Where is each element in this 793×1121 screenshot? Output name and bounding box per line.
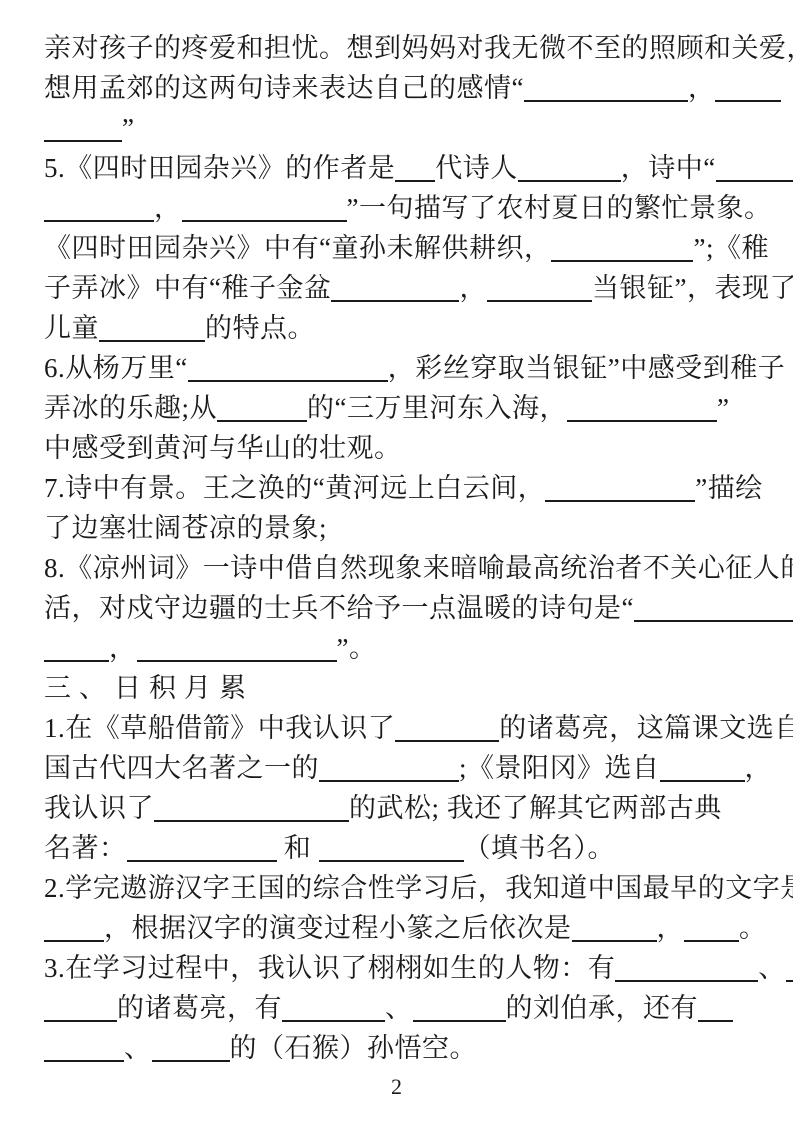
fill-in-blank — [545, 500, 695, 502]
text-run: ， — [688, 73, 716, 103]
text-run: ， — [745, 753, 773, 783]
fill-in-blank — [715, 100, 781, 102]
fill-in-blank — [413, 1020, 506, 1022]
text-run: 8.《凉州词》一诗中借自然现象来暗喻最高统治者不关心征人的生 — [44, 553, 793, 583]
text-run: ，根据汉字的演变过程小篆之后依次是 — [104, 913, 572, 943]
fill-in-blank — [99, 340, 205, 342]
worksheet-line: 6.从杨万里“，彩丝穿取当银钲”中感受到稚子 — [44, 348, 757, 388]
text-run: 当银钲”，表现了 — [592, 273, 793, 303]
text-run: 想用孟郊的这两句诗来表达自己的感情“ — [44, 73, 524, 103]
worksheet-line: 7.诗中有景。王之涣的“黄河远上白云间，”描绘 — [44, 468, 757, 508]
fill-in-blank — [660, 780, 745, 782]
text-run: ”;《稚 — [693, 233, 769, 263]
worksheet-line: 弄冰的乐趣;从的“三万里河东入海，” — [44, 388, 757, 428]
worksheet-line: 《四时田园杂兴》中有“童孙未解供耕织，”;《稚 — [44, 228, 757, 268]
text-run: 6.从杨万里“ — [44, 353, 188, 383]
fill-in-blank — [44, 940, 104, 942]
fill-in-blank — [518, 180, 621, 182]
fill-in-blank — [698, 1020, 733, 1022]
fill-in-blank — [44, 140, 122, 142]
text-run: 的诸葛亮，这篇课文选自中 — [499, 713, 793, 743]
fill-in-blank — [524, 100, 688, 102]
text-run: 的诸葛亮，有 — [117, 993, 282, 1023]
fill-in-blank — [319, 780, 459, 782]
text-run: ”一句描写了农村夏日的繁忙景象。 — [347, 193, 772, 223]
worksheet-line: 8.《凉州词》一诗中借自然现象来暗喻最高统治者不关心征人的生 — [44, 548, 757, 588]
fill-in-blank — [152, 1060, 230, 1062]
text-run: 的武松; 我还了解其它两部古典 — [349, 793, 722, 823]
worksheet-line: ，”。 — [44, 628, 757, 668]
text-run: 我认识了 — [44, 793, 154, 823]
text-run: 弄冰的乐趣;从 — [44, 393, 217, 423]
text-run: ， — [109, 633, 137, 663]
worksheet-line: ” — [44, 108, 757, 148]
worksheet-line: ，根据汉字的演变过程小篆之后依次是，。 — [44, 908, 757, 948]
worksheet-line: 国古代四大名著之一的;《景阳冈》选自， — [44, 748, 757, 788]
worksheet-line: 儿童的特点。 — [44, 308, 757, 348]
fill-in-blank — [182, 220, 347, 222]
text-run: 1.在《草船借箭》中我认识了 — [44, 713, 395, 743]
text-run: 、 — [385, 993, 413, 1023]
page-number: 2 — [0, 1074, 793, 1100]
text-run: 2.学完遨游汉字王国的综合性学习后，我知道中国最早的文字是 — [44, 873, 793, 903]
fill-in-blank — [572, 940, 657, 942]
fill-in-blank — [487, 300, 592, 302]
fill-in-blank — [716, 180, 793, 182]
worksheet-line: 2.学完遨游汉字王国的综合性学习后，我知道中国最早的文字是 — [44, 868, 757, 908]
worksheet-line: 我认识了的武松; 我还了解其它两部古典 — [44, 788, 757, 828]
worksheet-line: 3.在学习过程中，我认识了栩栩如生的人物：有、 — [44, 948, 757, 988]
fill-in-blank — [331, 300, 459, 302]
fill-in-blank — [217, 420, 307, 422]
text-run: 亲对孩子的疼爱和担忧。想到妈妈对我无微不至的照顾和关爱，我 — [44, 33, 793, 63]
text-run: 。 — [739, 913, 767, 943]
worksheet-line: 5.《四时田园杂兴》的作者是代诗人，诗中“ — [44, 148, 757, 188]
text-run: ，彩丝穿取当银钲”中感受到稚子 — [388, 353, 785, 383]
fill-in-blank — [395, 740, 499, 742]
text-run: 和 — [277, 833, 319, 863]
text-run: 中感受到黄河与华山的壮观。 — [44, 433, 402, 463]
text-run: 子弄冰》中有“稚子金盆 — [44, 273, 331, 303]
worksheet-line: 了边塞壮阔苍凉的景象; — [44, 508, 757, 548]
text-run: 、 — [124, 1033, 152, 1063]
text-run: 的“三万里河东入海， — [307, 393, 567, 423]
worksheet-line: ，”一句描写了农村夏日的繁忙景象。 — [44, 188, 757, 228]
fill-in-blank — [634, 620, 793, 622]
fill-in-blank — [684, 940, 739, 942]
worksheet-line: 活，对戍守边疆的士兵不给予一点温暖的诗句是“ — [44, 588, 757, 628]
fill-in-blank — [319, 860, 464, 862]
text-run: 了边塞壮阔苍凉的景象; — [44, 513, 327, 543]
text-run: ， — [657, 913, 685, 943]
worksheet-line: 名著： 和 （填书名）。 — [44, 828, 757, 868]
text-run: ，诗中“ — [621, 153, 716, 183]
text-run: 代诗人 — [435, 153, 518, 183]
text-run: ;《景阳冈》选自 — [459, 753, 660, 783]
text-run: ， — [154, 193, 182, 223]
text-run: ”描绘 — [695, 473, 762, 503]
text-run: ， — [459, 273, 487, 303]
text-run: 三、日积月累 — [44, 673, 254, 703]
worksheet-line: 的诸葛亮，有、的刘伯承，还有 — [44, 988, 757, 1028]
text-run: ” — [122, 113, 134, 143]
text-run: 的特点。 — [205, 313, 315, 343]
text-run: 的（石猴）孙悟空。 — [230, 1033, 478, 1063]
worksheet-body: 亲对孩子的疼爱和担忧。想到妈妈对我无微不至的照顾和关爱，我想用孟郊的这两句诗来表… — [44, 28, 757, 1068]
text-run: 儿童 — [44, 313, 99, 343]
fill-in-blank — [551, 260, 693, 262]
fill-in-blank — [44, 220, 154, 222]
fill-in-blank — [567, 420, 717, 422]
fill-in-blank — [188, 380, 388, 382]
worksheet-page: 亲对孩子的疼爱和担忧。想到妈妈对我无微不至的照顾和关爱，我想用孟郊的这两句诗来表… — [0, 0, 793, 1121]
text-run: 国古代四大名著之一的 — [44, 753, 319, 783]
fill-in-blank — [154, 820, 349, 822]
worksheet-line: 亲对孩子的疼爱和担忧。想到妈妈对我无微不至的照顾和关爱，我 — [44, 28, 757, 68]
fill-in-blank — [786, 980, 793, 982]
section-heading: 三、日积月累 — [44, 668, 757, 708]
worksheet-line: 子弄冰》中有“稚子金盆，当银钲”，表现了 — [44, 268, 757, 308]
fill-in-blank — [44, 660, 109, 662]
text-run: 3.在学习过程中，我认识了栩栩如生的人物：有 — [44, 953, 615, 983]
fill-in-blank — [44, 1060, 124, 1062]
fill-in-blank — [44, 1020, 117, 1022]
worksheet-line: 中感受到黄河与华山的壮观。 — [44, 428, 757, 468]
text-run: 的刘伯承，还有 — [506, 993, 699, 1023]
fill-in-blank — [127, 860, 277, 862]
text-run: ” — [717, 393, 729, 423]
text-run: （填书名）。 — [464, 833, 616, 863]
worksheet-line: 想用孟郊的这两句诗来表达自己的感情“， — [44, 68, 757, 108]
worksheet-line: 1.在《草船借箭》中我认识了的诸葛亮，这篇课文选自中 — [44, 708, 757, 748]
text-run: 7.诗中有景。王之涣的“黄河远上白云间， — [44, 473, 545, 503]
fill-in-blank — [282, 1020, 385, 1022]
fill-in-blank — [615, 980, 758, 982]
fill-in-blank — [395, 180, 435, 182]
fill-in-blank — [137, 660, 337, 662]
text-run: 5.《四时田园杂兴》的作者是 — [44, 153, 395, 183]
text-run: 名著： — [44, 833, 127, 863]
text-run: ”。 — [337, 633, 377, 663]
text-run: 《四时田园杂兴》中有“童孙未解供耕织， — [44, 233, 551, 263]
text-run: 、 — [758, 953, 786, 983]
worksheet-line: 、的（石猴）孙悟空。 — [44, 1028, 757, 1068]
text-run: 活，对戍守边疆的士兵不给予一点温暖的诗句是“ — [44, 593, 634, 623]
